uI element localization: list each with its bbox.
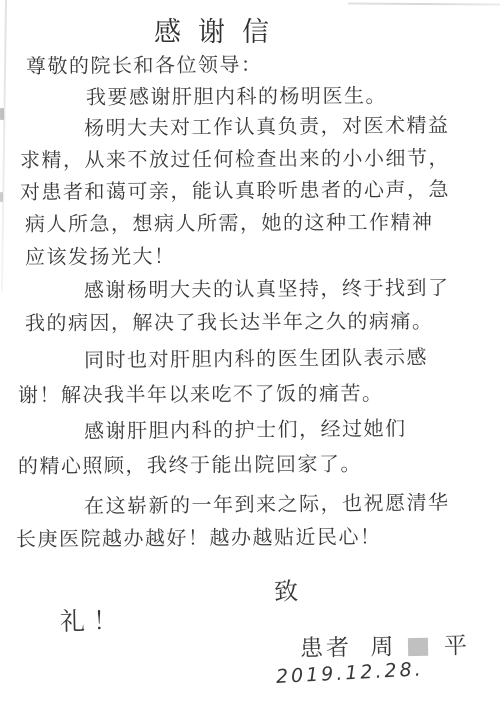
body-line: 的精心照顾，我终于能出院回家了。 — [18, 448, 362, 479]
body-line: 同时也对肝胆内科的医生团队表示感 — [84, 341, 428, 373]
body-line: 感谢肝胆内科的护士们，经过她们 — [84, 412, 407, 444]
body-line: 求精，从来不放过任何检查出来的小小细节， — [20, 142, 450, 173]
salutation: 尊敬的院长和各位领导： — [26, 48, 263, 79]
letter-page: 感谢信 尊敬的院长和各位领导： 我要感谢肝胆内科的杨明医生。 杨明大夫对工作认真… — [0, 0, 500, 707]
signature-given: 平 — [444, 627, 471, 660]
closing-zhi: 致 — [273, 571, 298, 607]
body-line: 我的病因，解决了我长达半年之久的病痛。 — [25, 305, 434, 336]
signature-line: 患者 周 平 — [300, 627, 470, 663]
body-line: 应该发扬光大！ — [25, 240, 176, 270]
body-line: 感谢杨明大夫的认真坚持，终于找到了 — [84, 271, 450, 303]
body-line: 杨明大夫对工作认真负责，对医术精益 — [84, 109, 450, 141]
body-line: 我要感谢肝胆内科的杨明医生。 — [86, 79, 387, 110]
letter-title: 感谢信 — [110, 10, 330, 49]
body-line: 病人所急，想病人所需，她的这种工作精神 — [25, 206, 434, 237]
signature-date: 2019.12.28. — [275, 658, 424, 688]
scan-edge-top-right — [348, 2, 500, 5]
scan-crease-left — [1, 0, 7, 292]
scan-speck — [0, 108, 4, 120]
scan-speck — [0, 192, 3, 202]
body-line: 对患者和蔼可亲，能认真聆听患者的心声，急 — [20, 173, 450, 205]
redaction-box — [407, 638, 427, 656]
body-line: 在这崭新的一年到来之际，也祝愿清华 — [84, 486, 450, 519]
signature-prefix: 患者 — [300, 629, 353, 663]
body-line: 谢！解决我半年以来吃不了饭的痛苦。 — [18, 377, 384, 408]
signature-surname: 周 — [370, 628, 397, 661]
closing-li: 礼！ — [60, 601, 127, 638]
body-line: 长庚医院越办越好！越办越贴近民心！ — [16, 520, 382, 552]
